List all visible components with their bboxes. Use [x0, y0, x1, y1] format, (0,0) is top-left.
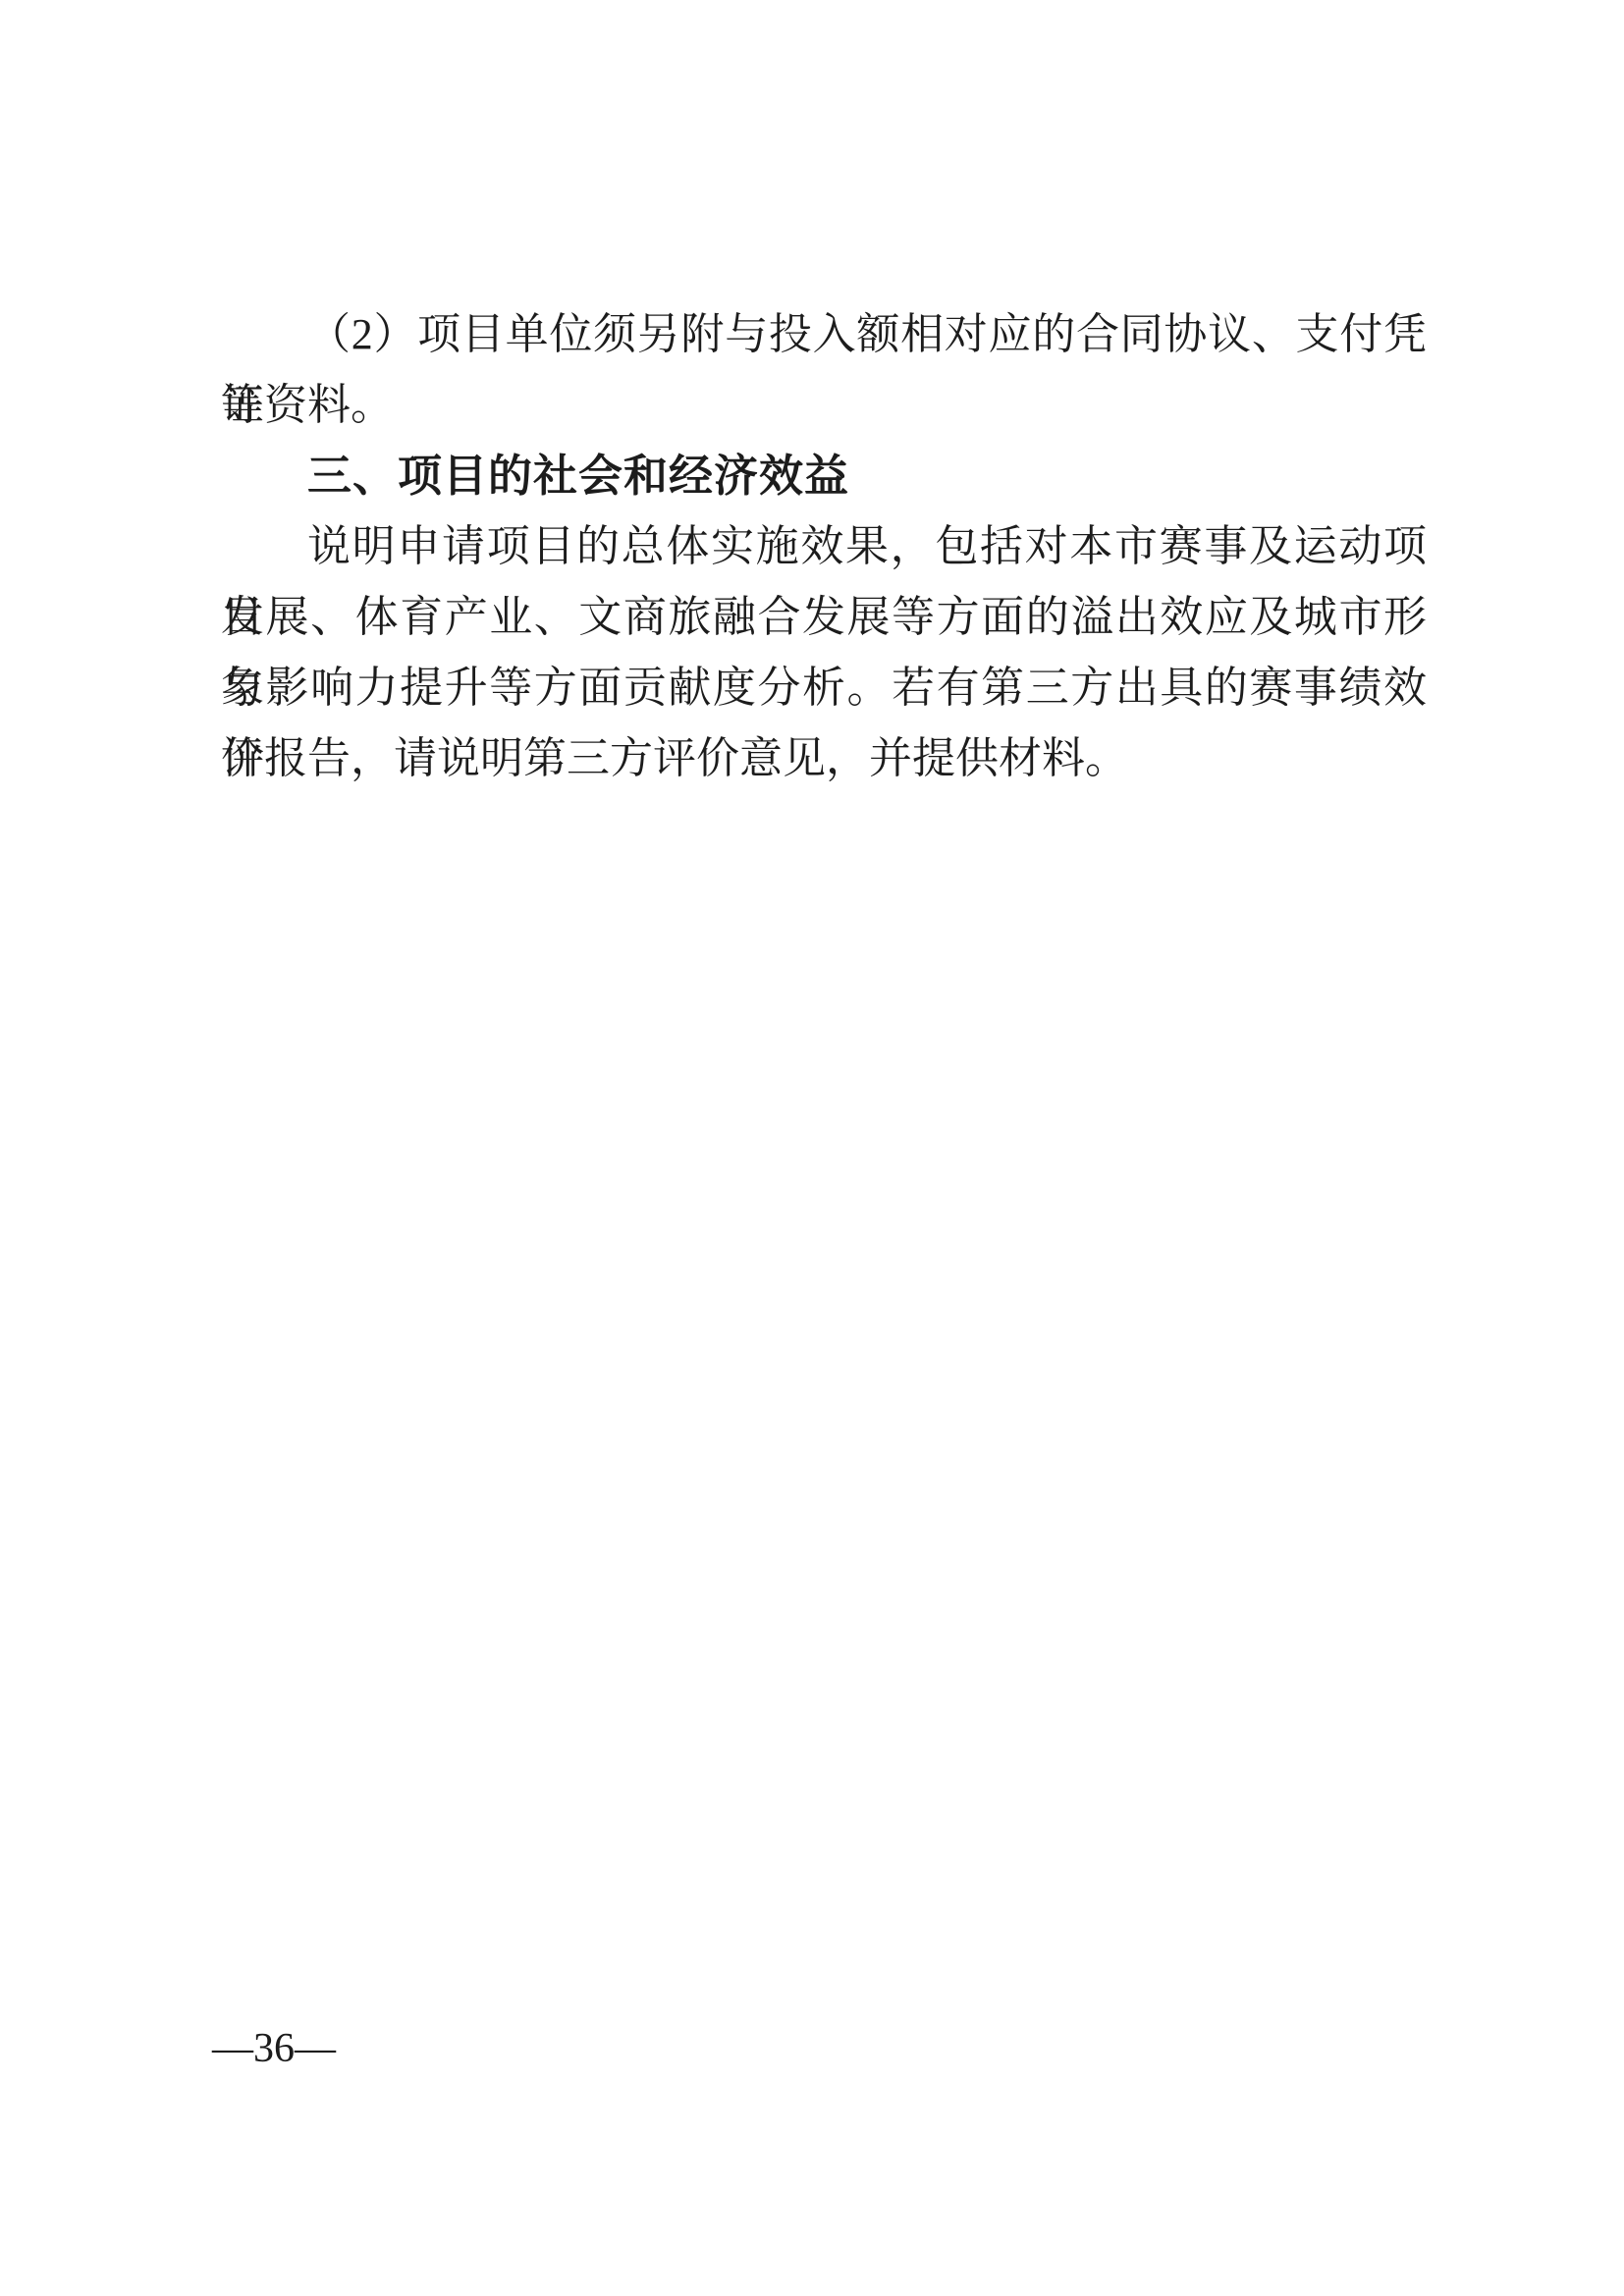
section-heading: 三、项目的社会和经济效益: [221, 441, 1427, 511]
paragraph-line: 等资料。: [221, 370, 1427, 441]
paragraph-line: 价报告，请说明第三方评价意见，并提供材料。: [221, 723, 1427, 794]
paragraph-line: 发展、体育产业、文商旅融合发展等方面的溢出效应及城市形象: [221, 582, 1427, 653]
text-block: （2）项目单位须另附与投入额相对应的合同协议、支付凭证 等资料。 三、项目的社会…: [221, 299, 1427, 794]
document-page: （2）项目单位须另附与投入额相对应的合同协议、支付凭证 等资料。 三、项目的社会…: [0, 0, 1624, 2296]
page-number: —36—: [212, 2024, 336, 2073]
paragraph-line: 说明申请项目的总体实施效果，包括对本市赛事及运动项目: [221, 511, 1427, 582]
paragraph-line: 与影响力提升等方面贡献度分析。若有第三方出具的赛事绩效评: [221, 653, 1427, 723]
paragraph-line: （2）项目单位须另附与投入额相对应的合同协议、支付凭证: [221, 299, 1427, 370]
